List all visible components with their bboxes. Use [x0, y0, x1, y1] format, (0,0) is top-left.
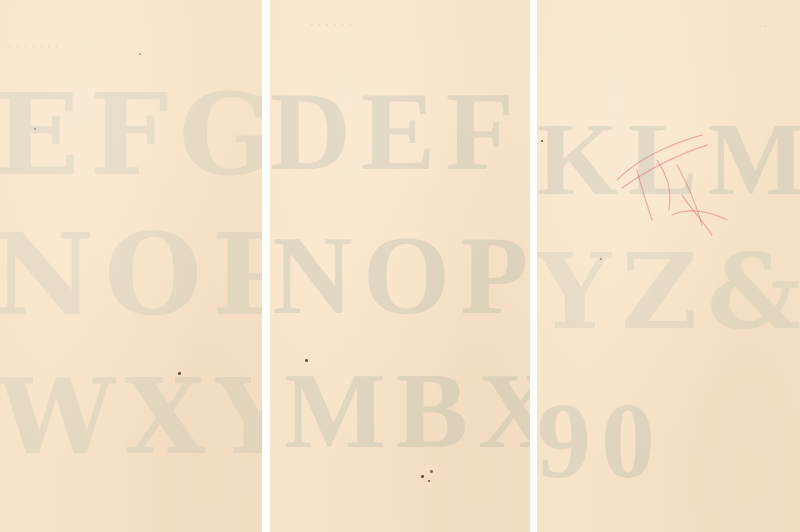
ghost-letters-row-2: NOP — [272, 212, 530, 341]
paper-panel-middle: · · · · · · DEF NOP MBX — [270, 0, 530, 532]
ghost-letters-row-3: MBX — [284, 350, 530, 474]
paper-speck — [430, 470, 433, 473]
paper-speck — [305, 359, 308, 362]
paper-speck — [600, 258, 602, 260]
paper-speck — [428, 480, 430, 482]
paper-speck — [139, 53, 141, 55]
ghost-letters-row-3: WXYZ — [0, 355, 262, 478]
panel-divider — [530, 0, 537, 532]
paper-speck — [178, 372, 181, 375]
panel-divider — [262, 0, 270, 532]
ghost-letters-row-2: NOP — [0, 210, 262, 341]
faint-page-number: ·· — [759, 22, 768, 33]
red-pencil-scribble — [607, 120, 737, 250]
paper-speck — [421, 475, 424, 478]
paper-speck — [541, 140, 543, 142]
paper-panel-right: ·· KLM YZ& 90 — [537, 0, 800, 532]
paper-speck — [34, 128, 36, 130]
faint-header-text: · · · · · · · — [8, 42, 59, 53]
ghost-letters-row-1: DEF — [270, 68, 524, 197]
ghost-letters-row-3: 90 — [537, 380, 665, 504]
ghost-letters-row-1: EFG — [0, 70, 262, 201]
paper-panel-left: · · · · · · · EFG NOP WXYZ — [0, 0, 262, 532]
faint-header-text: · · · · · · — [310, 20, 353, 31]
